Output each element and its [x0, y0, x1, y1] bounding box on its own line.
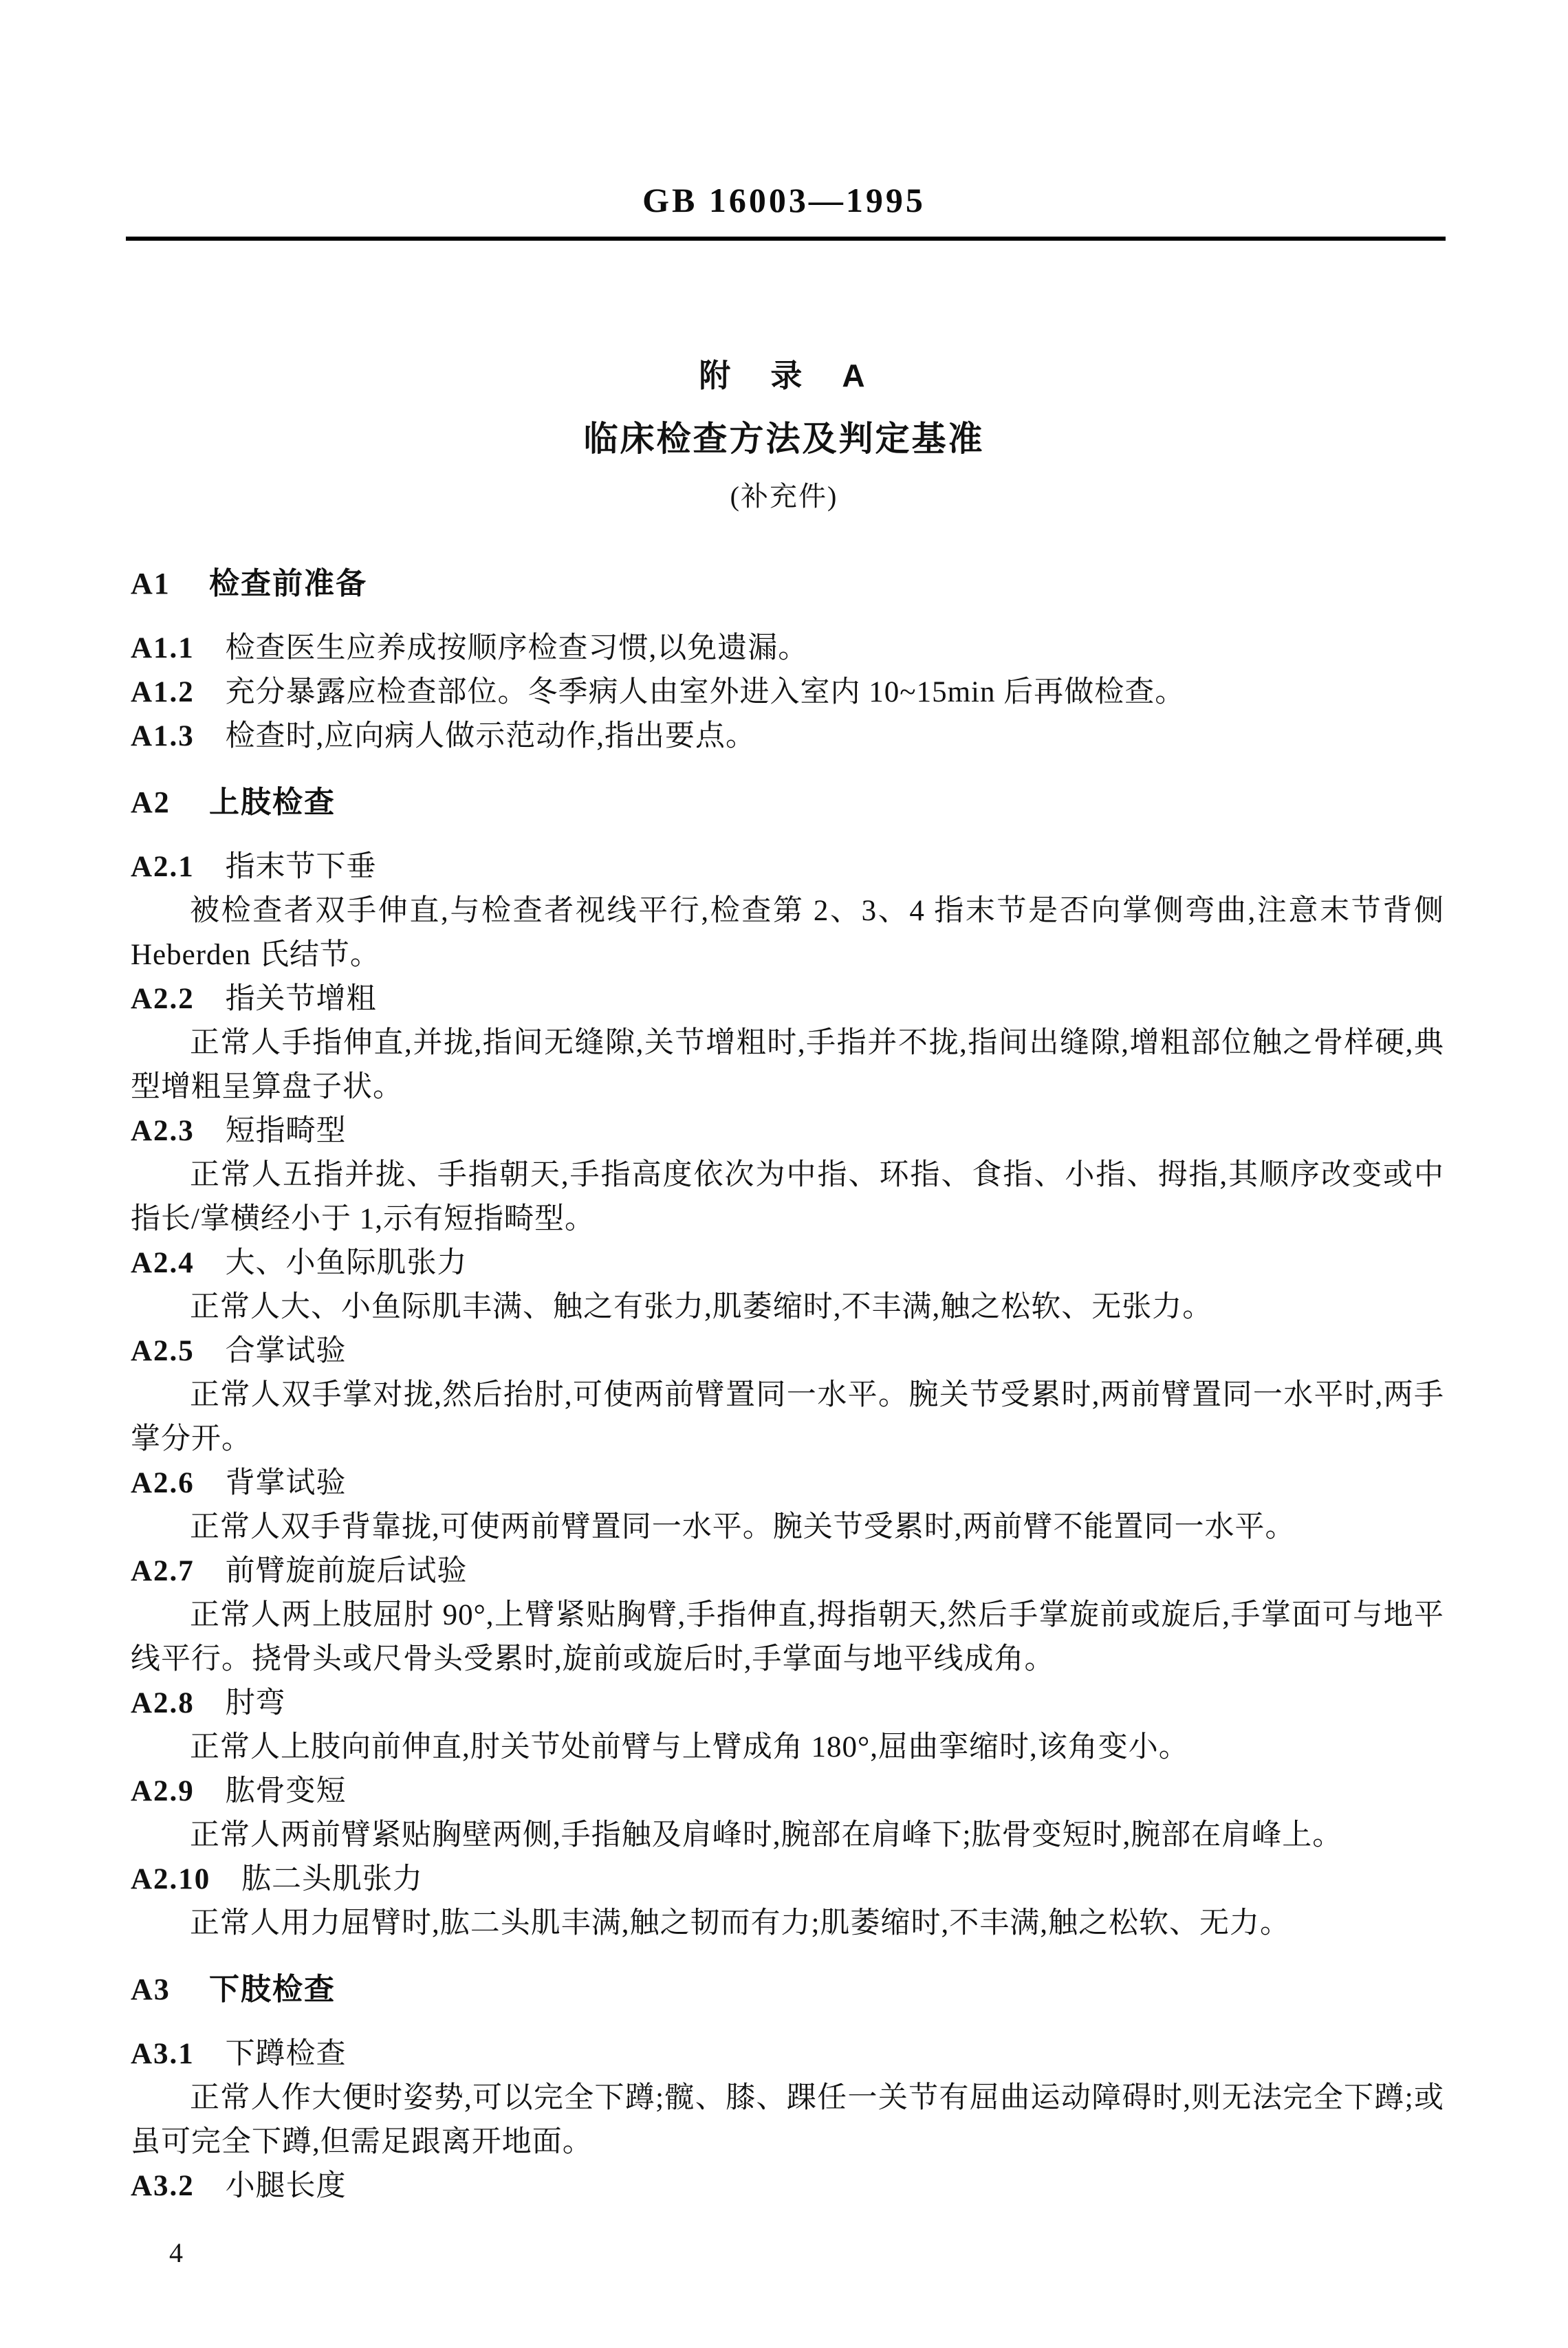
clause-number: A1.1	[131, 627, 195, 671]
clause-body: 被检查者双手伸直,与检查者视线平行,检查第 2、3、4 指末节是否向掌侧弯曲,注…	[131, 889, 1444, 977]
clause-title-line: A2.2 指关节增粗	[131, 977, 1444, 1021]
clause-body: 正常人两前臂紧贴胸壁两侧,手指触及肩峰时,腕部在肩峰下;肱骨变短时,腕部在肩峰上…	[131, 1814, 1444, 1858]
clause-a2-9: A2.9 肱骨变短 正常人两前臂紧贴胸壁两侧,手指触及肩峰时,腕部在肩峰下;肱骨…	[131, 1770, 1444, 1858]
appendix-title-block: 附 录 A 临床检查方法及判定基准 (补充件)	[0, 351, 1568, 514]
clause-a1-2: A1.2 充分暴露应检查部位。冬季病人由室外进入室内 10~15min 后再做检…	[131, 671, 1444, 715]
clause-title-line: A2.3 短指畸型	[131, 1109, 1444, 1153]
section-heading-a2: A2 上肢检查	[131, 781, 1444, 825]
clause-title: 下蹲检查	[226, 2038, 347, 2070]
clause-a2-8: A2.8 肘弯 正常人上肢向前伸直,肘关节处前臂与上臂成角 180°,屈曲挛缩时…	[131, 1682, 1444, 1770]
clause-number: A2.2	[131, 977, 195, 1021]
clause-a2-3: A2.3 短指畸型 正常人五指并拢、手指朝天,手指高度依次为中指、环指、食指、小…	[131, 1109, 1444, 1241]
clause-a3-1: A3.1 下蹲检查 正常人作大便时姿势,可以完全下蹲;髋、膝、踝任一关节有屈曲运…	[131, 2032, 1444, 2164]
document-page: GB 16003—1995 附 录 A 临床检查方法及判定基准 (补充件) A1…	[0, 0, 1568, 2348]
clause-text: 检查时,应向病人做示范动作,指出要点。	[226, 720, 756, 752]
section-a1: A1 检查前准备 A1.1 检查医生应养成按顺序检查习惯,以免遗漏。 A1.2 …	[131, 562, 1444, 759]
clause-a2-7: A2.7 前臂旋前旋后试验 正常人两上肢屈肘 90°,上臂紧贴胸臂,手指伸直,拇…	[131, 1550, 1444, 1682]
clause-body: 正常人双手掌对拢,然后抬肘,可使两前臂置同一水平。腕关节受累时,两前臂置同一水平…	[131, 1373, 1444, 1461]
clause-title: 肘弯	[226, 1687, 286, 1719]
clause-title: 指末节下垂	[226, 851, 377, 883]
clause-title-line: A3.2 小腿长度	[131, 2164, 1444, 2208]
clause-number: A2.6	[131, 1461, 195, 1505]
clause-title: 指关节增粗	[226, 983, 377, 1015]
clause-number: A2.8	[131, 1682, 195, 1726]
clause-text: 充分暴露应检查部位。冬季病人由室外进入室内 10~15min 后再做检查。	[226, 676, 1186, 708]
section-title: 上肢检查	[209, 785, 336, 819]
section-a2: A2 上肢检查 A2.1 指末节下垂 被检查者双手伸直,与检查者视线平行,检查第…	[131, 781, 1444, 1946]
clause-title-line: A2.7 前臂旋前旋后试验	[131, 1550, 1444, 1594]
clause-number: A2.7	[131, 1550, 195, 1594]
clause-title: 合掌试验	[226, 1335, 347, 1367]
section-a3: A3 下肢检查 A3.1 下蹲检查 正常人作大便时姿势,可以完全下蹲;髋、膝、踝…	[131, 1968, 1444, 2208]
clause-title-line: A2.8 肘弯	[131, 1682, 1444, 1726]
section-title: 下肢检查	[209, 1972, 336, 2006]
section-number: A3	[131, 1968, 171, 2012]
header-rule	[126, 237, 1446, 241]
clause-title-line: A2.6 背掌试验	[131, 1461, 1444, 1505]
clause-a2-4: A2.4 大、小鱼际肌张力 正常人大、小鱼际肌丰满、触之有张力,肌萎缩时,不丰满…	[131, 1241, 1444, 1329]
clause-number: A1.3	[131, 715, 195, 759]
clause-a3-2: A3.2 小腿长度	[131, 2164, 1444, 2208]
clause-title: 前臂旋前旋后试验	[226, 1555, 468, 1587]
clause-body: 正常人五指并拢、手指朝天,手指高度依次为中指、环指、食指、小指、拇指,其顺序改变…	[131, 1153, 1444, 1241]
clause-title: 短指畸型	[226, 1115, 347, 1147]
clause-body: 正常人手指伸直,并拢,指间无缝隙,关节增粗时,手指并不拢,指间出缝隙,增粗部位触…	[131, 1021, 1444, 1109]
clause-a2-6: A2.6 背掌试验 正常人双手背靠拢,可使两前臂置同一水平。腕关节受累时,两前臂…	[131, 1461, 1444, 1550]
clause-a2-5: A2.5 合掌试验 正常人双手掌对拢,然后抬肘,可使两前臂置同一水平。腕关节受累…	[131, 1329, 1444, 1461]
clause-number: A3.1	[131, 2032, 195, 2076]
appendix-label: 附 录 A	[0, 351, 1568, 396]
clause-a1-1: A1.1 检查医生应养成按顺序检查习惯,以免遗漏。	[131, 627, 1444, 671]
clause-title-line: A2.5 合掌试验	[131, 1329, 1444, 1373]
section-number: A1	[131, 562, 171, 606]
appendix-type: (补充件)	[0, 475, 1568, 514]
clause-number: A2.9	[131, 1770, 195, 1814]
page-number: 4	[169, 2237, 183, 2269]
clause-number: A2.3	[131, 1109, 195, 1153]
clause-a2-1: A2.1 指末节下垂 被检查者双手伸直,与检查者视线平行,检查第 2、3、4 指…	[131, 845, 1444, 977]
clause-text: 检查医生应养成按顺序检查习惯,以免遗漏。	[226, 632, 809, 664]
clause-body: 正常人两上肢屈肘 90°,上臂紧贴胸臂,手指伸直,拇指朝天,然后手掌旋前或旋后,…	[131, 1594, 1444, 1682]
section-number: A2	[131, 781, 171, 825]
section-heading-a1: A1 检查前准备	[131, 562, 1444, 606]
clause-a2-10: A2.10 肱二头肌张力 正常人用力屈臂时,肱二头肌丰满,触之韧而有力;肌萎缩时…	[131, 1858, 1444, 1946]
document-body: A1 检查前准备 A1.1 检查医生应养成按顺序检查习惯,以免遗漏。 A1.2 …	[131, 562, 1444, 2208]
clause-number: A1.2	[131, 671, 195, 715]
clause-a1-3: A1.3 检查时,应向病人做示范动作,指出要点。	[131, 715, 1444, 759]
clause-body: 正常人双手背靠拢,可使两前臂置同一水平。腕关节受累时,两前臂不能置同一水平。	[131, 1505, 1444, 1550]
clause-title: 小腿长度	[226, 2170, 347, 2202]
clause-number: A2.1	[131, 845, 195, 889]
clause-title: 肱骨变短	[226, 1775, 347, 1807]
clause-number: A2.4	[131, 1241, 195, 1285]
standard-number: GB 16003—1995	[0, 0, 1568, 220]
clause-title: 大、小鱼际肌张力	[226, 1247, 468, 1279]
appendix-heading: 临床检查方法及判定基准	[0, 411, 1568, 461]
clause-title-line: A2.4 大、小鱼际肌张力	[131, 1241, 1444, 1285]
clause-body: 正常人上肢向前伸直,肘关节处前臂与上臂成角 180°,屈曲挛缩时,该角变小。	[131, 1726, 1444, 1770]
clause-body: 正常人大、小鱼际肌丰满、触之有张力,肌萎缩时,不丰满,触之松软、无张力。	[131, 1285, 1444, 1329]
clause-body: 正常人作大便时姿势,可以完全下蹲;髋、膝、踝任一关节有屈曲运动障碍时,则无法完全…	[131, 2076, 1444, 2164]
clause-title-line: A3.1 下蹲检查	[131, 2032, 1444, 2076]
section-heading-a3: A3 下肢检查	[131, 1968, 1444, 2012]
section-title: 检查前准备	[209, 567, 367, 600]
clause-title-line: A2.10 肱二头肌张力	[131, 1858, 1444, 1902]
clause-title-line: A2.1 指末节下垂	[131, 845, 1444, 889]
clause-title: 肱二头肌张力	[241, 1863, 423, 1895]
clause-number: A2.5	[131, 1329, 195, 1373]
clause-a2-2: A2.2 指关节增粗 正常人手指伸直,并拢,指间无缝隙,关节增粗时,手指并不拢,…	[131, 977, 1444, 1109]
clause-body: 正常人用力屈臂时,肱二头肌丰满,触之韧而有力;肌萎缩时,不丰满,触之松软、无力。	[131, 1902, 1444, 1946]
clause-number: A3.2	[131, 2164, 195, 2208]
clause-title-line: A2.9 肱骨变短	[131, 1770, 1444, 1814]
clause-title: 背掌试验	[226, 1467, 347, 1499]
clause-number: A2.10	[131, 1858, 210, 1902]
